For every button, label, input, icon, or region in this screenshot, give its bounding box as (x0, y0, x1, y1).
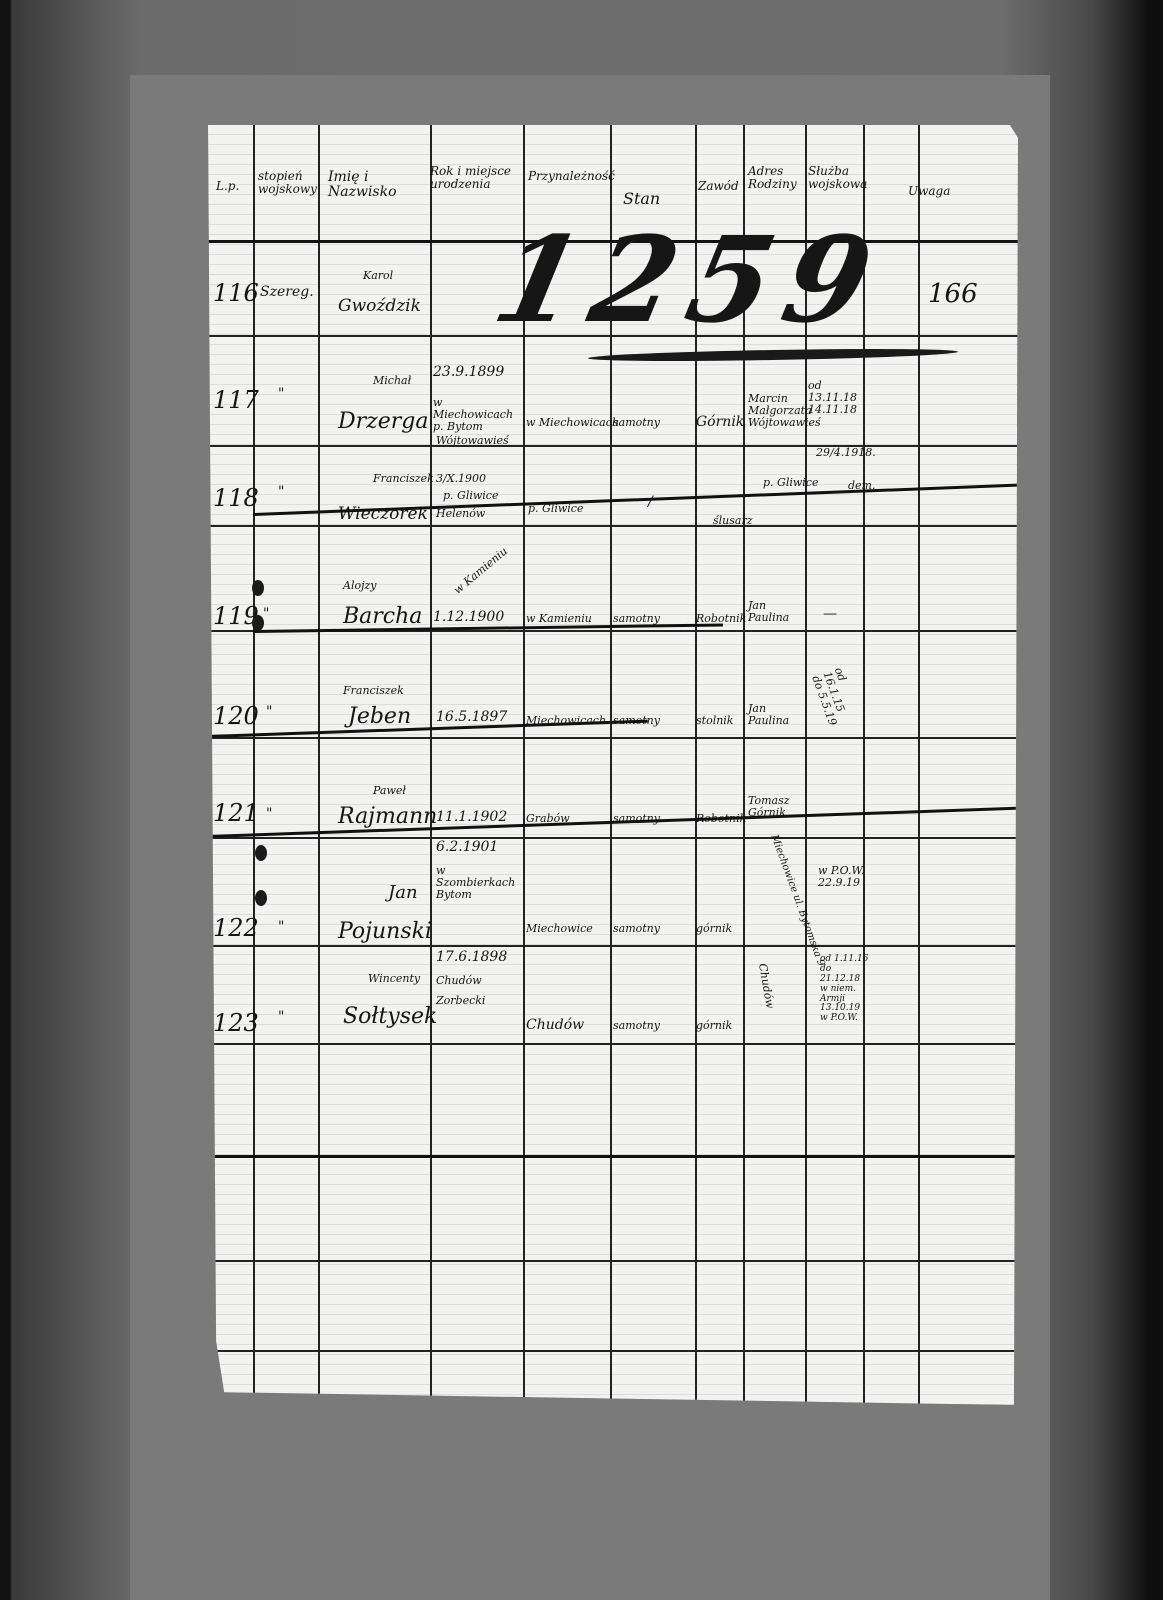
row-116-lp: 116 (213, 280, 259, 306)
row-116-surname: Gwoździk (338, 297, 421, 316)
column-divider (918, 125, 920, 1405)
row-rule (208, 1350, 1018, 1352)
row-117-birth-date: 23.9.1899 (433, 365, 504, 380)
row-121-rank: " (266, 807, 272, 822)
punch-hole (255, 890, 267, 906)
row-121-lp: 121 (213, 800, 259, 826)
header-lp: L.p. (216, 180, 239, 193)
row-rule (208, 737, 1018, 739)
header-birth: Rok i miejsce urodzenia (430, 165, 520, 191)
row-117-first-name: Michał (373, 375, 411, 387)
header-status: Stan (623, 190, 660, 208)
row-117-address: Marcin Małgorzata Wójtowawieś (748, 393, 808, 429)
row-117-surname: Drzerga (338, 410, 428, 434)
header-name: Imię i Nazwisko (328, 170, 423, 201)
page-number-large: 1259 (483, 210, 897, 349)
row-rule (208, 1260, 1018, 1262)
punch-hole (255, 845, 267, 861)
row-123-occupation: górnik (696, 1020, 732, 1032)
row-121-first-name: Paweł (373, 785, 406, 797)
side-number: 166 (928, 280, 978, 309)
row-123-first-name: Wincenty (368, 973, 420, 985)
row-119-residence: w Kamieniu (526, 613, 592, 625)
row-118-first-name: Franciszek (373, 473, 434, 485)
row-120-birth-date: 16.5.1897 (436, 710, 507, 725)
row-119-rank: " (263, 607, 269, 622)
row-118-lp: 118 (213, 485, 259, 511)
row-120-surname: Jeben (348, 705, 411, 729)
row-rule (208, 945, 1018, 947)
header-residence: Przynależność (528, 170, 608, 183)
row-122-birth-place: w Szombierkach Bytom (436, 865, 526, 901)
row-122-status: samotny (613, 923, 660, 935)
row-rule (208, 445, 1018, 447)
row-118-rank: " (278, 485, 284, 500)
column-divider (430, 125, 432, 1405)
row-119-surname: Barcha (343, 605, 422, 629)
row-122-residence: Miechowice (526, 923, 593, 935)
row-118-occupation: ślusarz (713, 515, 753, 527)
row-119-service: — (823, 607, 837, 622)
row-123-lp: 123 (213, 1010, 259, 1036)
header-rank: stopień wojskowy (258, 170, 318, 196)
row-123-service: od 1.11.16 do 21.12.18 w niem. Armji 13.… (820, 955, 870, 1024)
row-116-first-name: Karol (363, 270, 393, 282)
row-119-birth-date: 1.12.1900 (433, 610, 504, 625)
row-120-first-name: Franciszek (343, 685, 404, 697)
row-123-birth-extra: Zorbecki (436, 995, 485, 1007)
column-divider (253, 125, 255, 1405)
row-119-status: samotny (613, 613, 660, 625)
row-117-lp: 117 (213, 387, 259, 413)
row-117-birth-extra: Wójtowawieś (436, 435, 509, 447)
row-120-occupation: stolnik (696, 715, 733, 727)
row-122-lp: 122 (213, 915, 259, 941)
column-divider (318, 125, 320, 1405)
row-121-birth-date: 11.1.1902 (436, 810, 507, 825)
row-120-address: Jan Paulina (748, 703, 803, 727)
row-122-rank: " (278, 920, 284, 935)
row-122-occupation: górnik (696, 923, 732, 935)
row-116-rank: Szereg. (260, 285, 314, 300)
row-rule (208, 837, 1018, 839)
row-117-remarks: 29/4.1918. (816, 447, 876, 459)
row-123-rank: " (278, 1010, 284, 1025)
row-117-rank: " (278, 387, 284, 402)
header-address: Adres Rodziny (748, 165, 808, 191)
row-117-service: od 13.11.18 14.11.18 (808, 380, 863, 416)
registry-sheet: L.p. stopień wojskowy Imię i Nazwisko Ro… (208, 125, 1018, 1405)
header-remarks: Uwaga (908, 185, 950, 198)
row-120-rank: " (266, 705, 272, 720)
row-118-birth-extra: Helenów (436, 508, 485, 520)
row-122-surname: Pojunski (338, 920, 432, 944)
header-occupation: Zawód (698, 180, 739, 193)
row-120-lp: 120 (213, 703, 259, 729)
row-rule (208, 1043, 1018, 1045)
row-118-birth-place: p. Gliwice (443, 490, 498, 502)
row-121-surname: Rajmann (338, 805, 437, 829)
punch-hole (252, 615, 264, 631)
row-123-status: samotny (613, 1020, 660, 1032)
row-122-birth-date: 6.2.1901 (436, 840, 498, 855)
row-123-residence: Chudów (526, 1018, 584, 1033)
row-117-occupation: Górnik (696, 415, 744, 430)
row-117-status: samotny (613, 417, 660, 429)
header-service: Służba wojskowa (808, 165, 863, 191)
row-rule (208, 525, 1018, 527)
row-123-birth-place: Chudów (436, 975, 482, 987)
row-117-birth-place: w Miechowicach p. Bytom (433, 397, 523, 433)
row-123-surname: Sołtysek (343, 1005, 437, 1029)
row-123-birth-date: 17.6.1898 (436, 950, 507, 965)
row-122-service: w P.O.W. 22.9.19 (818, 865, 868, 889)
row-117-residence: w Miechowicach (526, 417, 619, 429)
row-118-address: p. Gliwice (763, 477, 818, 489)
punch-hole (252, 580, 264, 596)
row-rule (208, 1155, 1018, 1158)
row-119-address: Jan Paulina (748, 600, 803, 624)
row-119-first-name: Alojzy (343, 580, 377, 592)
row-118-birth-date: 3/X.1900 (436, 473, 486, 485)
row-122-first-name: Jan (388, 883, 418, 903)
